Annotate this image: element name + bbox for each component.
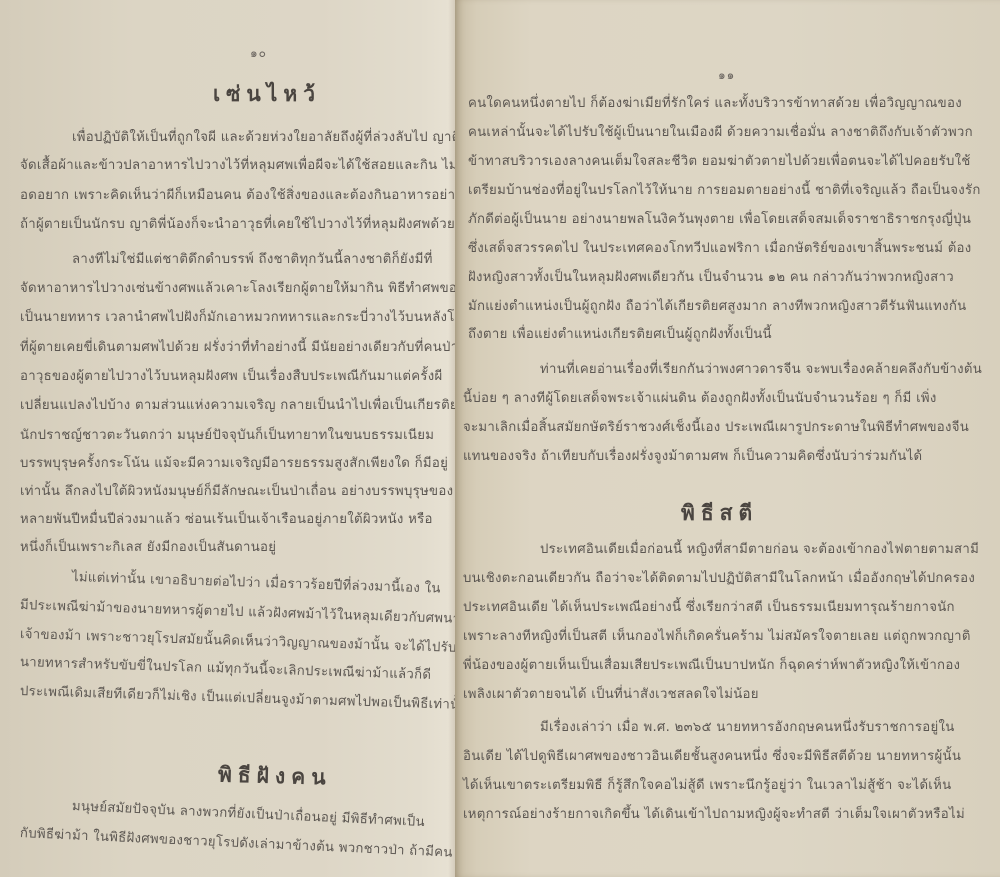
text-line: ท่านที่เคยอ่านเรื่องที่เรียกกันว่าพงศาวด… — [540, 358, 982, 379]
text-line: ที่ผู้ตายเคยขี่เดินตามศพไปด้วย ฝรั่งว่าท… — [20, 336, 455, 357]
text-line: อดอยาก เพราะคิดเห็นว่าผีก็เหมือนคน ต้องใ… — [20, 184, 455, 205]
text-line: ข้าทาสบริวารเองลางคนเต็มใจสละชีวิต ยอมฆ่… — [468, 150, 971, 171]
text-line: ถึงตาย เพื่อแย่งตำแหน่งเกียรติยศเป็นผู้ถ… — [468, 323, 772, 344]
text-line: ประเพณีเดิมเสียทีเดียวก็ไม่เชิง เป็นแต่เ… — [20, 680, 455, 715]
text-line: เท่านั้น ลึกลงไปใต้ผิวหนังมนุษย์ก็มีลักษ… — [20, 480, 453, 501]
text-line: แทนของจริง ถ้าเทียบกับเรื่องฝรั่งจูงม้าต… — [463, 445, 922, 466]
text-line: ไม่แต่เท่านั้น เขาอธิบายต่อไปว่า เมื่อรา… — [72, 566, 441, 599]
text-line: นักปราชญ์ชาวตะวันตกว่า มนุษย์ปัจจุบันก็เ… — [20, 424, 434, 445]
section-heading: เซ่นไหว้ — [213, 78, 321, 111]
text-line: จัดเสื้อผ้าและข้าวปลาอาหารไปวางไว้ที่หลุ… — [20, 154, 455, 175]
text-line: ประเทศอินเดียเมื่อก่อนนี้ หญิงที่สามีตาย… — [540, 538, 979, 559]
text-line: ลางทีไม่ใช่มีแต่ชาติดึกดำบรรพ์ ถึงชาติทุ… — [72, 248, 433, 269]
text-line: เหตุการณ์อย่างร้ายกาจเกิดขึ้น ได้เดินเข้… — [463, 803, 965, 824]
text-line: มักแย่งตำแหน่งเป็นผู้ถูกฝัง ถือว่าได้เกี… — [468, 295, 966, 316]
text-line: เตรียมบ้านช่องที่อยู่ในปรโลกไว้ให้นาย กา… — [468, 179, 981, 200]
text-line: ถ้าผู้ตายเป็นนักรบ ญาติพี่น้องก็จะนำอาวุ… — [20, 213, 455, 234]
text-line: เปลี่ยนแปลงไปบ้าง ตามส่วนแห่งความเจริญ ก… — [20, 394, 455, 415]
text-line: จัดหาอาหารไปวางเซ่นข้างศพแล้วเคาะโลงเรีย… — [20, 277, 455, 298]
text-line: อินเดีย ได้ไปดูพิธีเผาศพของชาวอินเดียชั้… — [463, 745, 961, 766]
text-line: เพื่อปฏิบัติให้เป็นที่ถูกใจผี และด้วยห่ว… — [72, 126, 455, 147]
text-line: ภักดีต่อผู้เป็นนาย อย่างนายพลโนงิควันพุง… — [468, 208, 971, 229]
text-line: บรรพบุรุษครั้งกระโน้น แม้จะมีความเจริญมี… — [20, 452, 448, 473]
text-line: เป็นนายทหาร เวลานำศพไปฝังก็มักเอาหมวกทหา… — [20, 306, 455, 327]
text-line: ได้เห็นเขาตระเตรียมพิธี ก็รู้สึกใจคอไม่ส… — [463, 774, 951, 795]
text-line: มีประเพณีฆ่าม้าของนายทหารผู้ตายไป แล้วฝั… — [20, 594, 455, 629]
text-line: มีเรื่องเล่าว่า เมื่อ พ.ศ. ๒๓๖๕ นายทหารอ… — [540, 716, 955, 737]
text-line: เพราะลางทีหญิงที่เป็นสตี เห็นกองไฟก็เกิด… — [463, 625, 971, 646]
text-line: นี้บ่อย ๆ ลางทีผู้โดยเสด็จพระเจ้าแผ่นดิน… — [463, 387, 937, 408]
book-spread: ๑๐ เซ่นไหว้ เพื่อปฏิบัติให้เป็นที่ถูกใจผ… — [0, 0, 1000, 877]
text-line: อาวุธของผู้ตายไปวางไว้บนหลุมฝังศพ เป็นเร… — [20, 365, 443, 386]
text-line: เพลิงเผาตัวตายจนได้ เป็นที่น่าสังเวชสลดใ… — [463, 683, 759, 704]
text-line: จะมาเลิกเมื่อสิ้นสมัยกษัตริย์ราชวงศ์เช็ง… — [463, 416, 969, 437]
text-line: ประเทศอินเดีย ได้เห็นประเพณีอย่างนี้ ซึ่… — [463, 596, 955, 617]
text-line: บนเชิงตะกอนเดียวกัน ถือว่าจะได้ติดตามไปป… — [463, 567, 975, 588]
text-line: คนเหล่านั้นจะได้ไปรับใช้ผู้เป็นนายในเมือ… — [468, 121, 973, 142]
text-line: ซึ่งเสด็จสวรรคตไป ในประเทศคองโกทวีปแอฟริ… — [468, 237, 972, 258]
section-heading: พิธีฝังคน — [218, 759, 332, 795]
right-page: ๑๑ คนใดคนหนึ่งตายไป ก็ต้องฆ่าเมียที่รักใ… — [455, 0, 1000, 877]
text-line: ฝังหญิงสาวทั้งเป็นในหลุมฝังศพเดียวกัน เป… — [468, 266, 954, 287]
text-line: พี่น้องของผู้ตายเห็นเป็นเสื่อมเสียประเพณ… — [463, 654, 960, 675]
text-line: คนใดคนหนึ่งตายไป ก็ต้องฆ่าเมียที่รักใคร่… — [468, 92, 962, 113]
page-number: ๑๐ — [250, 44, 267, 63]
text-line: หลายพันปีหมื่นปีล่วงมาแล้ว ซ่อนเร้นเป็นเ… — [20, 508, 433, 529]
page-number: ๑๑ — [718, 66, 735, 85]
text-line: นายทหารสำหรับขับขี่ในปรโลก แม้ทุกวันนี้จ… — [20, 651, 432, 685]
left-page: ๑๐ เซ่นไหว้ เพื่อปฏิบัติให้เป็นที่ถูกใจผ… — [0, 0, 455, 877]
text-line: หนึ่งก็เป็นเพราะกิเลส ยังมีกองเป็นสันดาน… — [20, 536, 276, 557]
section-heading: พิธีสตี — [681, 497, 758, 530]
